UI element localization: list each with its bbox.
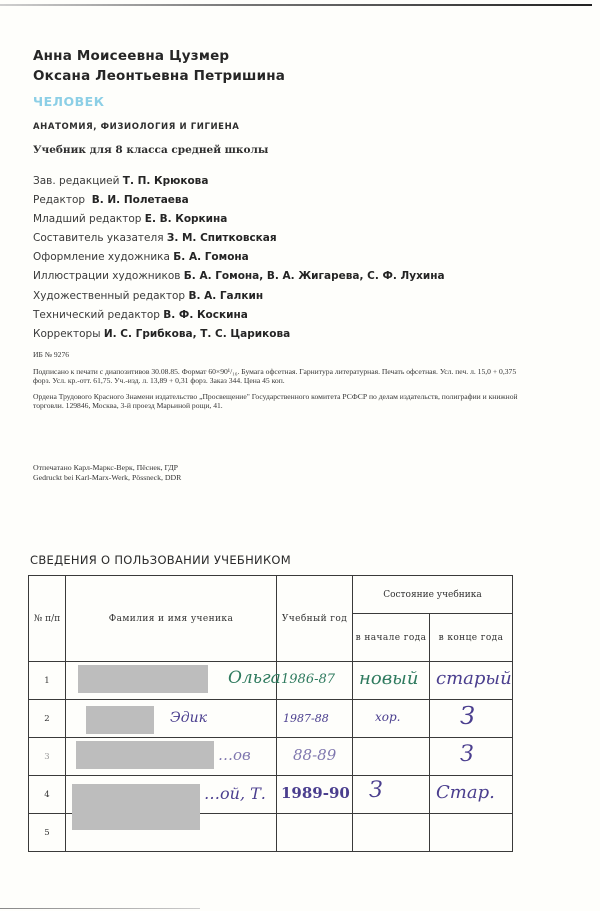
credit-line: Художественный редактор В. А. Галкин (33, 287, 445, 306)
publisher-info: Ордена Трудового Красного Знамени издате… (33, 392, 533, 411)
header-end: в конце года (430, 614, 513, 662)
cell-start: хор. (353, 700, 430, 738)
printer-info: Отпечатано Карл-Маркс-Верк, Пёснек, ГДР … (33, 463, 181, 483)
imprint-block: ИБ № 9276 Подписано к печати с диапозити… (33, 350, 533, 411)
cell-start: З (353, 776, 430, 814)
cell-year (277, 814, 353, 852)
cell-num: 2 (29, 700, 66, 738)
book-subtitle: АНАТОМИЯ, ФИЗИОЛОГИЯ И ГИГИЕНА (33, 122, 239, 132)
table-row: 4 …ой, Т. 1989-90 З Стар. (29, 776, 513, 814)
redacted-block (72, 784, 200, 830)
credit-line: Младший редактор Е. В. Коркина (33, 210, 445, 229)
redacted-block (86, 706, 154, 734)
cell-end: Стар. (430, 776, 513, 814)
credit-line: Составитель указателя З. М. Спитковская (33, 229, 445, 248)
redacted-block (78, 665, 208, 693)
redacted-block (76, 741, 214, 769)
header-condition: Состояние учебника (353, 576, 513, 614)
cell-start (353, 814, 430, 852)
printer-de: Gedruckt bei Karl-Marx-Werk, Pössneck, D… (33, 473, 181, 483)
scan-edge-bottom (0, 908, 200, 909)
author-2: Оксана Леонтьевна Петришина (33, 66, 285, 86)
credit-line: Зав. редакцией Т. П. Крюкова (33, 172, 445, 191)
cell-num: 4 (29, 776, 66, 814)
credit-line: Оформление художника Б. А. Гомона (33, 248, 445, 267)
header-year: Учебный год (277, 576, 353, 662)
cell-num: 3 (29, 738, 66, 776)
cell-end (430, 814, 513, 852)
table-row: 1 Ольга 1986-87 новый старый (29, 662, 513, 700)
usage-table: № п/п Фамилия и имя ученика Учебный год … (28, 575, 513, 852)
cell-name: Эдик (66, 700, 277, 738)
book-grade: Учебник для 8 класса средней школы (33, 144, 268, 156)
cell-name: Ольга (66, 662, 277, 700)
usage-table-wrap: № п/п Фамилия и имя ученика Учебный год … (28, 575, 513, 852)
credit-line: Иллюстрации художников Б. А. Гомона, В. … (33, 267, 445, 286)
cell-end: З (430, 738, 513, 776)
cell-num: 1 (29, 662, 66, 700)
usage-table-title: СВЕДЕНИЯ О ПОЛЬЗОВАНИИ УЧЕБНИКОМ (30, 553, 291, 567)
ib-number: ИБ № 9276 (33, 350, 533, 360)
cell-end: старый (430, 662, 513, 700)
credit-line: Технический редактор В. Ф. Коскина (33, 306, 445, 325)
author-1: Анна Моисеевна Цузмер (33, 46, 285, 66)
header-start: в начале года (353, 614, 430, 662)
printer-ru: Отпечатано Карл-Маркс-Верк, Пёснек, ГДР (33, 463, 181, 473)
cell-year: 1987-88 (277, 700, 353, 738)
cell-name: …ов (66, 738, 277, 776)
table-row: 3 …ов 88-89 З (29, 738, 513, 776)
handwritten-name: Ольга (228, 668, 281, 688)
table-row: 2 Эдик 1987-88 хор. З (29, 700, 513, 738)
cell-end: З (430, 700, 513, 738)
cell-start (353, 738, 430, 776)
header-name: Фамилия и имя ученика (66, 576, 277, 662)
header-num: № п/п (29, 576, 66, 662)
print-specs: Подписано к печати с диапозитивов 30.08.… (33, 367, 533, 386)
authors-block: Анна Моисеевна Цузмер Оксана Леонтьевна … (33, 46, 285, 86)
cell-year: 1989-90 (277, 776, 353, 814)
cell-start: новый (353, 662, 430, 700)
book-title: ЧЕЛОВЕК (33, 94, 104, 109)
cell-year: 1986-87 (277, 662, 353, 700)
cell-num: 5 (29, 814, 66, 852)
credit-line: Корректоры И. С. Грибкова, Т. С. Цариков… (33, 325, 445, 344)
credit-line: Редактор В. И. Полетаева (33, 191, 445, 210)
credits-list: Зав. редакцией Т. П. Крюкова Редактор В.… (33, 172, 445, 344)
scan-edge-top (0, 4, 592, 6)
cell-name: …ой, Т. (66, 776, 277, 814)
cell-year: 88-89 (277, 738, 353, 776)
